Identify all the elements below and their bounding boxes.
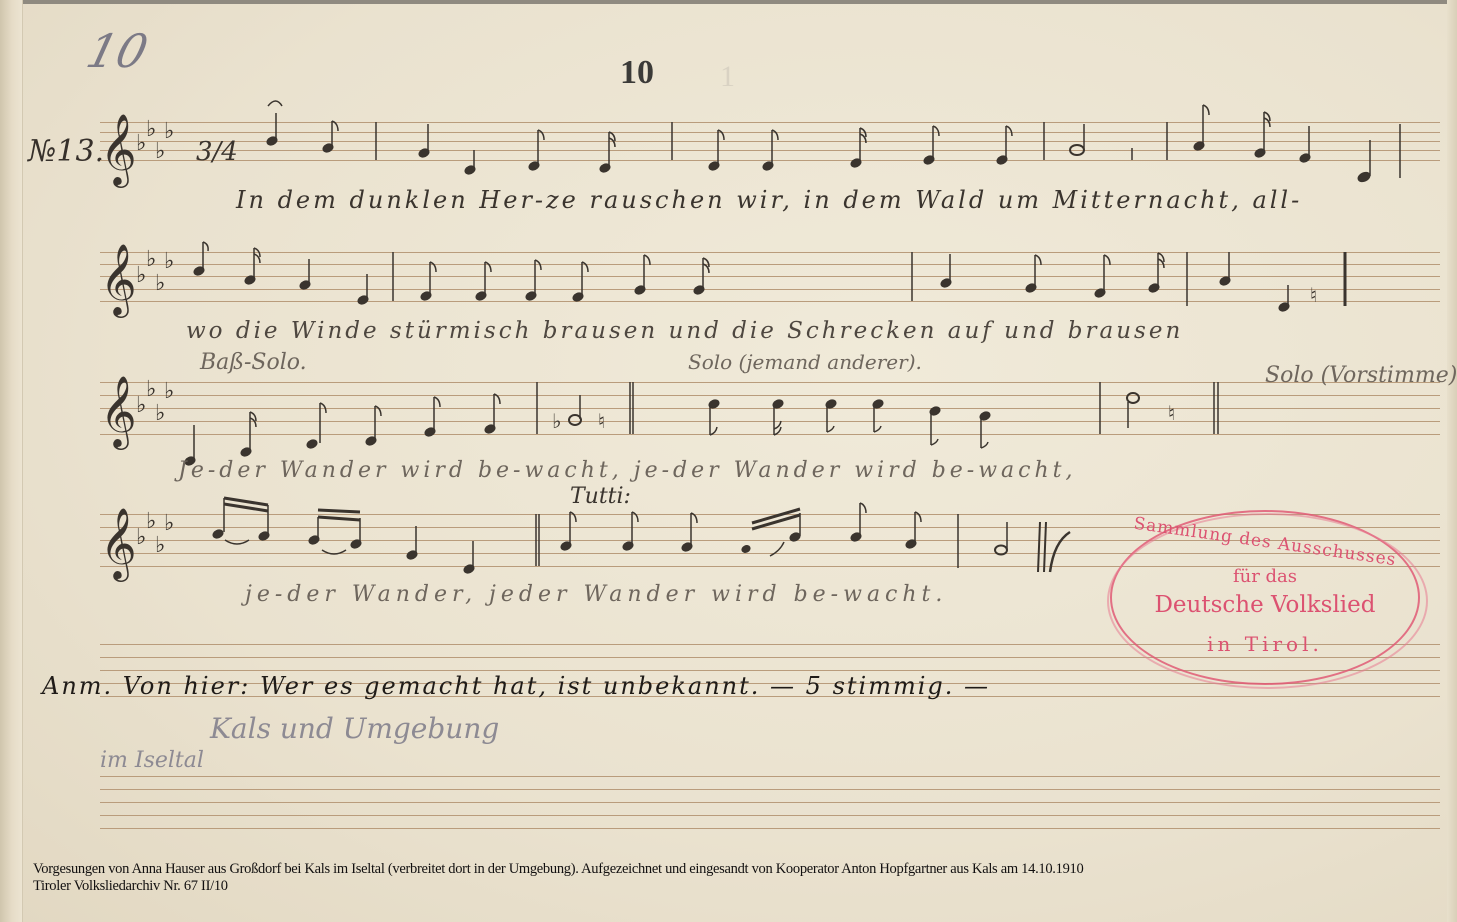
svg-text:♭: ♭: [164, 119, 174, 144]
time-signature-3-4: 3/4: [196, 137, 238, 167]
svg-text:♮: ♮: [1168, 401, 1175, 425]
svg-text:♭: ♭: [146, 509, 156, 534]
svg-text:♭: ♭: [164, 249, 174, 274]
svg-text:♮: ♮: [1310, 283, 1317, 307]
direction-tutti: Tutti:: [570, 484, 631, 509]
svg-text:♭: ♭: [136, 525, 146, 550]
treble-clef-icon: 𝄞: [100, 374, 137, 450]
caption-line-1: Vorgesungen von Anna Hauser aus Großdorf…: [33, 861, 1083, 878]
stamp-line-4: in Tirol.: [1110, 632, 1420, 656]
svg-text:♭: ♭: [164, 379, 174, 404]
lyrics-system-3: Je-der Wander wird be-wacht, je-der Wand…: [178, 458, 1077, 483]
svg-text:♭: ♭: [136, 393, 146, 418]
direction-solo-other: Solo (jemand anderer).: [688, 350, 922, 374]
svg-text:♭: ♭: [136, 263, 146, 288]
svg-text:♭: ♭: [155, 401, 165, 426]
stamp-line-3: Deutsche Volkslied: [1110, 592, 1420, 618]
stamp-line-2: für das: [1110, 566, 1420, 587]
direction-bass-solo: Baß-Solo.: [200, 350, 307, 375]
lyrics-system-1: In dem dunklen Her-ze rauschen wir, in d…: [236, 186, 1302, 214]
key-signature-flats-icon: ♭♭♭♭ ♭♭♭♭ ♭♭♭♭ ♭♭♭♭: [136, 117, 174, 558]
annotation-note: Anm. Von hier: Wer es gemacht hat, ist u…: [42, 672, 990, 700]
pencil-place-note: Kals und Umgebung: [210, 712, 499, 745]
svg-text:♭: ♭: [146, 377, 156, 402]
svg-text:♭: ♭: [164, 511, 174, 536]
svg-text:♭: ♭: [155, 271, 165, 296]
lyrics-system-4: je-der Wander, jeder Wander wird be-wach…: [245, 582, 947, 607]
direction-solo-lead: Solo (Vorstimme):: [1265, 363, 1457, 388]
archive-caption: Vorgesungen von Anna Hauser aus Großdorf…: [33, 861, 1083, 895]
svg-text:♭: ♭: [136, 131, 146, 156]
treble-clef-icon: 𝄞: [100, 506, 137, 582]
svg-text:♭: ♭: [552, 409, 561, 433]
svg-text:♭: ♭: [146, 247, 156, 272]
caption-line-2: Tiroler Volksliedarchiv Nr. 67 II/10: [33, 878, 1083, 895]
pencil-region-note: im Iseltal: [100, 748, 204, 773]
treble-clef-icon: 𝄞: [100, 112, 137, 188]
lyrics-system-2: wo die Winde stürmisch brausen und die S…: [186, 318, 1183, 344]
archive-stamp: Sammlung des Ausschusses für das Deutsch…: [1110, 510, 1420, 685]
svg-text:♭: ♭: [155, 533, 165, 558]
svg-text:♮: ♮: [598, 409, 605, 433]
treble-clef-icon: 𝄞: [100, 242, 137, 318]
manuscript-page: 10 10 1 №13. 𝄞 𝄞 𝄞: [0, 0, 1457, 922]
